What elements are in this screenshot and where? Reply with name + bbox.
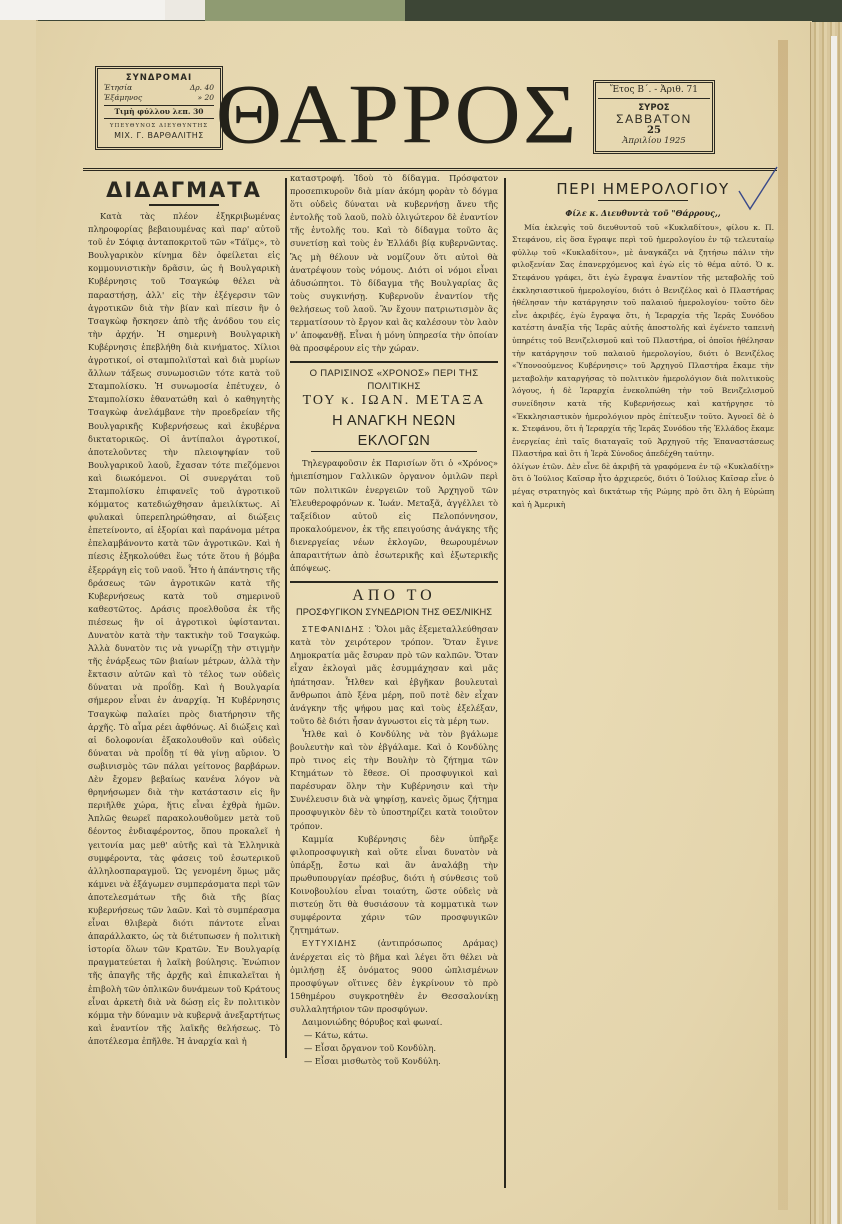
column-divider — [285, 178, 287, 1058]
shout-line: — Εἶσαι ὄργανον τοῦ Κονδύλη. — [290, 1042, 498, 1055]
article-headline: ΔΙΔΑΓΜΑΤΑ — [88, 176, 280, 204]
page-stain — [778, 40, 788, 1210]
article-body: Τηλεγραφοῦσιν ἐκ Παρισίων ὅτι ὁ «Χρόνος»… — [290, 457, 498, 575]
subscription-heading: ΣΥΝΔΡΟΜΑΙ — [104, 73, 214, 83]
editor-label: ΥΠΕΥΘΥΝΟΣ ΔΙΕΥΘΥΝΤΗΣ — [104, 121, 214, 131]
article-kicker: Ο ΠΑΡΙΣΙΝΟΣ «ΧΡΟΝΟΣ» ΠΕΡΙ ΤΗΣ ΠΟΛΙΤΙΚΗΣ — [290, 367, 498, 393]
article-elections: Ο ΠΑΡΙΣΙΝΟΣ «ΧΡΟΝΟΣ» ΠΕΡΙ ΤΗΣ ΠΟΛΙΤΙΚΗΣ … — [290, 367, 498, 575]
issue-date-box: Ἔτος Β΄. - Ἀριθ. 71 ΣΥΡΟΣ ΣΑΒΒΑΤΟΝ 25 Ἀπ… — [593, 80, 715, 154]
handwritten-check-mark-icon — [735, 165, 780, 213]
column-divider — [504, 178, 506, 1188]
article-calendar: ΠΕΡΙ ΗΜΕΡΟΛΟΓΙΟΥ Φίλε κ. Διευθυντὰ τοῦ "… — [512, 172, 774, 1182]
speaker-name: ΣΤΕΦΑΝΙΔΗΣ : — [302, 624, 372, 634]
article-didagmata: ΔΙΔΑΓΜΑΤΑ Κατὰ τὰς πλέον ἐξηκριβωμένας π… — [88, 172, 280, 1052]
masthead-rule — [83, 168, 777, 171]
article-body: Κατὰ τὰς πλέον ἐξηκριβωμένας πληροφορίας… — [88, 210, 280, 1048]
issue-price: Τιμὴ φύλλου λεπ. 30 — [104, 105, 214, 119]
issue-month-year: Ἀπριλίου 1925 — [596, 136, 712, 147]
shout-line: — Κάτω, κάτω. — [290, 1029, 498, 1042]
shout-line: — Εἶσαι μισθωτὸς τοῦ Κονδύλη. — [290, 1055, 498, 1068]
bound-page-edges — [810, 22, 842, 1224]
subscription-box: ΣΥΝΔΡΟΜΑΙ Ἐτησία Δρ. 40 Ἑξάμηνος » 20 Τι… — [95, 66, 223, 150]
subscription-row-annual: Ἐτησία Δρ. 40 — [104, 83, 214, 93]
article-kicker: ΑΠΟ ΤΟ — [290, 587, 498, 605]
newspaper-title: ΘΑΡΡΟΣ — [212, 72, 582, 157]
column-middle: καταστροφή. Ἰδοὺ τὸ δίδαγμα. Πρόσφατον π… — [290, 172, 498, 1122]
issue-weekday: ΣΑΒΒΑΤΟΝ — [596, 114, 712, 125]
article-continuation: καταστροφή. Ἰδοὺ τὸ δίδαγμα. Πρόσφατον π… — [290, 172, 498, 355]
subscription-row-semiannual: Ἑξάμηνος » 20 — [104, 93, 214, 103]
article-closing: ὀλίγων ἐτῶν. Δὲν εἶνε δὲ ἀκριβῆ τὰ γραφό… — [512, 461, 774, 511]
article-headline: ΠΡΟΣΦΥΓΙΚΟΝ ΣΥΝΕΔΡΙΟΝ ΤΗΣ ΘΕΣ/ΝΙΚΗΣ — [290, 605, 498, 619]
speaker-name: ΕΥΤΥΧΙΔΗΣ — [302, 938, 357, 948]
article-refugee-congress: ΑΠΟ ΤΟ ΠΡΟΣΦΥΓΙΚΟΝ ΣΥΝΕΔΡΙΟΝ ΤΗΣ ΘΕΣ/ΝΙΚ… — [290, 587, 498, 1068]
article-subkicker: ΤΟΥ κ. ΙΩΑΝ. ΜΕΤΑΞΑ — [290, 393, 498, 409]
editor-name: ΜΙΧ. Γ. ΒΑΡΘΑΛΙΤΗΣ — [104, 131, 214, 141]
article-headline: Η ΑΝΑΓΚΗ ΝΕΩΝ ΕΚΛΟΓΩΝ — [311, 411, 477, 452]
adjacent-page-edge — [0, 20, 38, 1224]
scan-top-strip — [0, 0, 842, 22]
article-body: Μία ἐκλεψὶς τοῦ διευθυντοῦ τοῦ «Κυκλαδίτ… — [512, 222, 774, 461]
issue-day: 25 — [596, 125, 712, 136]
year-issue-number: Ἔτος Β΄. - Ἀριθ. 71 — [598, 85, 710, 99]
